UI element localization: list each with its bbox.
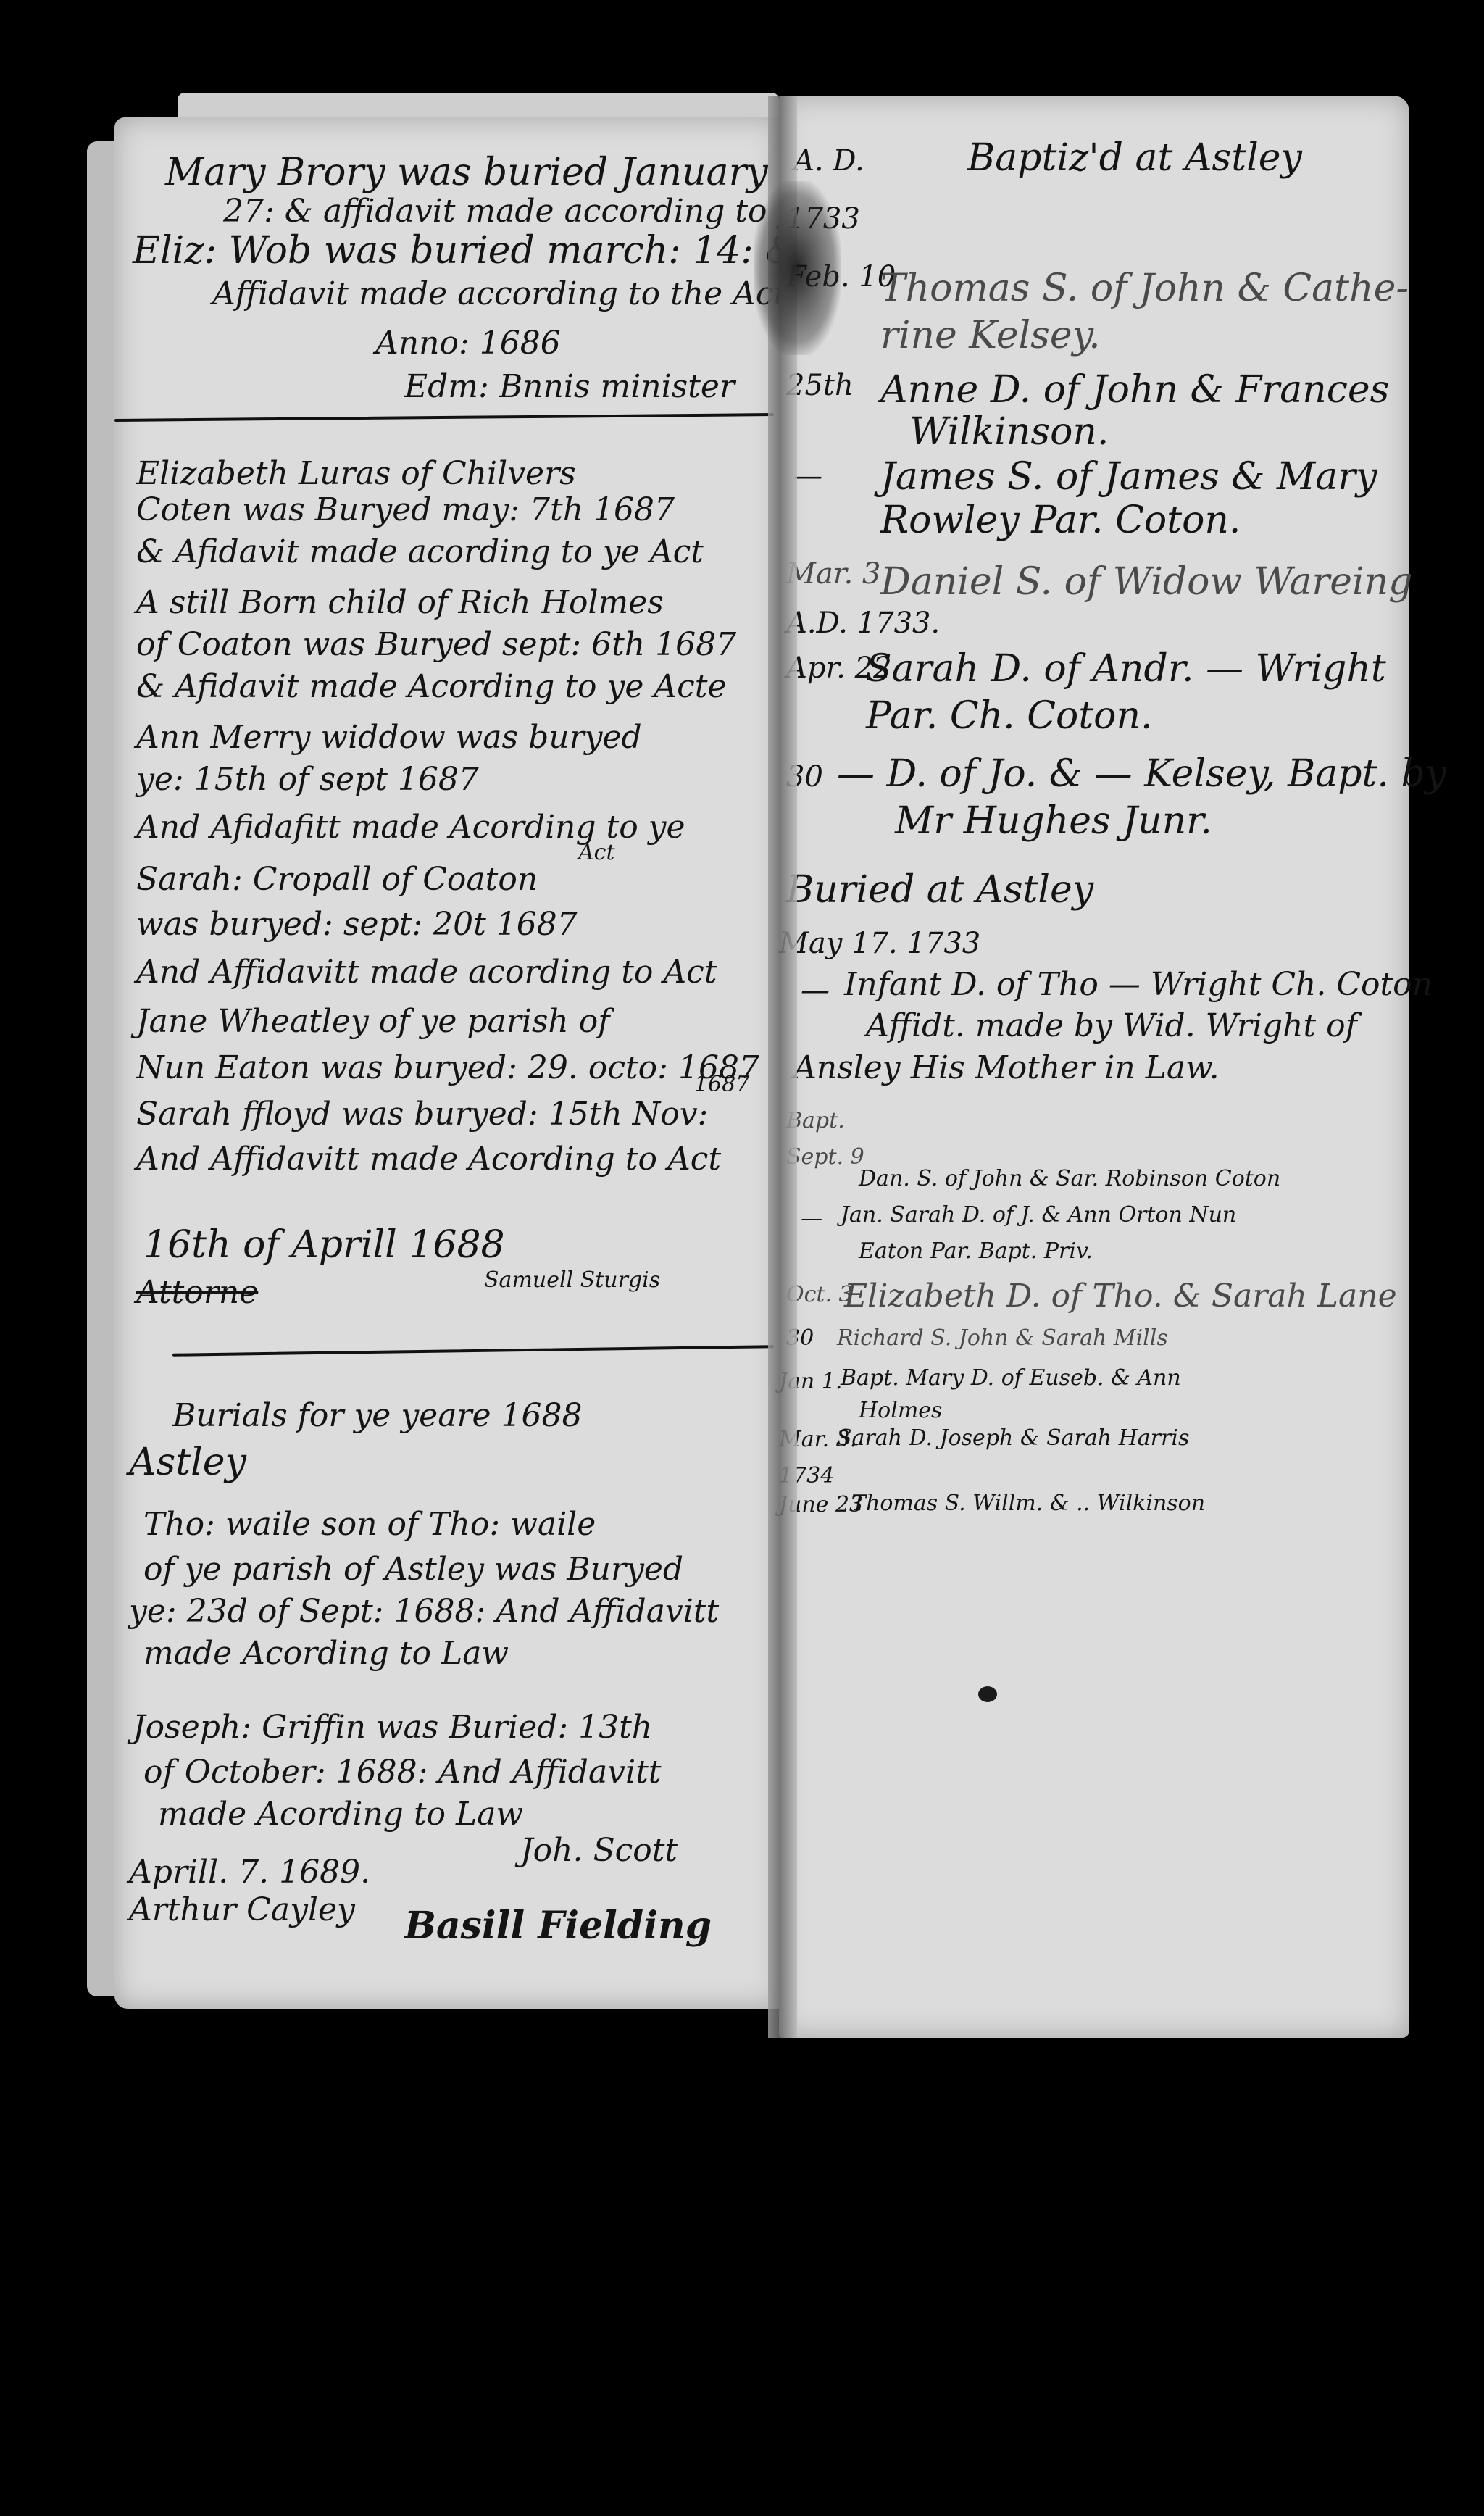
margin-date: Sept. 9 bbox=[786, 1146, 864, 1168]
margin-date: May 17. 1733 bbox=[779, 929, 980, 958]
entry-line: Dan. S. of John & Sar. Robinson Coton bbox=[859, 1168, 1280, 1190]
entry-line: Infant D. of Tho — Wright Ch. Coton bbox=[844, 969, 1433, 1001]
entry-line: And Affidavitt made Acording to Act bbox=[136, 1144, 721, 1175]
entry-line: Thomas S. of John & Cathe- bbox=[880, 270, 1409, 307]
right-page: A. D. Baptiz'd at Astley 1733 Feb. 10 Th… bbox=[779, 96, 1409, 2038]
entry-line: Ansley His Mother in Law. bbox=[793, 1052, 1220, 1084]
margin-date: A.D. 1733. bbox=[786, 609, 940, 638]
entry-line: ye: 23d of Sept: 1688: And Affidavitt bbox=[129, 1596, 719, 1628]
entry-line: Holmes bbox=[859, 1400, 942, 1422]
entry-line: of Coaton was Buryed sept: 6th 1687 bbox=[136, 629, 736, 661]
entry-line: Elizabeth D. of Tho. & Sarah Lane bbox=[844, 1280, 1397, 1312]
margin-date: Mar. 3 bbox=[786, 559, 880, 588]
entry-line: made Acording to Law bbox=[143, 1638, 509, 1670]
margin-date: — bbox=[793, 462, 822, 491]
signature-fielding: Basill Fielding bbox=[404, 1907, 712, 1945]
attorney-signature: Samuell Sturgis bbox=[484, 1270, 660, 1291]
entry-line: Nun Eaton was buryed: 29. octo: 1687 bbox=[136, 1052, 759, 1084]
entry-line: Tho: waile son of Tho: waile bbox=[143, 1509, 596, 1541]
entry-line: — D. of Jo. & — Kelsey, Bapt. by bbox=[837, 755, 1446, 793]
page-title: Baptiz'd at Astley bbox=[967, 139, 1302, 177]
entry-line: Affidavit made according to the Act bbox=[212, 278, 786, 310]
entry-line: & Afidavit made acording to ye Act bbox=[136, 536, 704, 568]
date-line: Aprill. 7. 1689. bbox=[129, 1857, 370, 1888]
entry-line: ye: 15th of sept 1687 bbox=[136, 764, 479, 796]
ink-blot bbox=[978, 1686, 997, 1702]
section-heading: Burials for ye yeare 1688 bbox=[172, 1400, 583, 1432]
entry-line: Jane Wheatley of ye parish of bbox=[136, 1006, 610, 1038]
entry-line: Eliz: Wob was buried march: 14: & bbox=[133, 232, 799, 270]
entry-line: of ye parish of Astley was Buryed bbox=[143, 1554, 683, 1586]
entry-line: Ann Merry widdow was buryed bbox=[136, 722, 642, 754]
entry-line: Affidt. made by Wid. Wright of bbox=[866, 1010, 1357, 1042]
entry-line: Act bbox=[578, 842, 615, 864]
entry-line: Sarah D. Joseph & Sarah Harris bbox=[837, 1428, 1189, 1449]
entry-line: Richard S. John & Sarah Mills bbox=[837, 1328, 1168, 1349]
entry-line: Mr Hughes Junr. bbox=[895, 802, 1212, 840]
entry-line: Rowley Par. Coton. bbox=[880, 501, 1241, 539]
left-page: Mary Brory was buried January 27: & affi… bbox=[114, 117, 781, 2009]
entry-line: Sarah: Cropall of Coaton bbox=[136, 864, 538, 896]
entry-line: & Afidavit made Acording to ye Acte bbox=[136, 671, 727, 703]
entry-line: Coten was Buryed may: 7th 1687 bbox=[136, 494, 675, 526]
margin-date: — bbox=[801, 1208, 822, 1230]
margin-date: — bbox=[801, 976, 830, 1005]
entry-line: Joseph: Griffin was Buried: 13th bbox=[133, 1712, 652, 1744]
entry-line: Jan. Sarah D. of J. & Ann Orton Nun bbox=[841, 1204, 1236, 1226]
entry-line: A still Born child of Rich Holmes bbox=[136, 587, 664, 619]
entry-line: Mary Brory was buried January bbox=[165, 154, 768, 191]
entry-line: Sarah D. of Andr. — Wright bbox=[866, 650, 1386, 688]
entry-line: Daniel S. of Widow Wareing bbox=[880, 563, 1412, 601]
entry-line: made Acording to Law bbox=[158, 1799, 523, 1830]
entry-line: James S. of James & Mary bbox=[880, 458, 1377, 496]
entry-line: was buryed: sept: 20t 1687 bbox=[136, 909, 578, 941]
entry-line: And Afidafitt made Acording to ye bbox=[136, 812, 685, 843]
entry-line: Eaton Par. Bapt. Priv. bbox=[859, 1241, 1093, 1262]
entry-line: Bapt. Mary D. of Euseb. & Ann bbox=[841, 1367, 1181, 1389]
entry-line: Anne D. of John & Frances bbox=[880, 371, 1389, 409]
entry-line: of October: 1688: And Affidavitt bbox=[143, 1757, 661, 1788]
place-name: Astley bbox=[129, 1444, 246, 1481]
entry-line: Par. Ch. Coton. bbox=[866, 697, 1153, 735]
book-spine bbox=[768, 96, 797, 2038]
entry-line: Elizabeth Luras of Chilvers bbox=[136, 458, 576, 490]
section-divider bbox=[172, 1345, 774, 1357]
section-divider bbox=[114, 413, 774, 422]
date-line: 16th of Aprill 1688 bbox=[143, 1226, 505, 1264]
minister-signature: Edm: Bnnis minister bbox=[404, 371, 735, 403]
struck-word: Attorne bbox=[136, 1277, 258, 1309]
entry-line: Sarah ffloyd was buryed: 15th Nov: bbox=[136, 1099, 708, 1130]
margin-label: A. D. bbox=[793, 146, 864, 175]
entry-line: And Affidavitt made acording to Act bbox=[136, 957, 717, 988]
burial-heading: Buried at Astley bbox=[786, 871, 1093, 909]
entry-line: Wilkinson. bbox=[909, 413, 1109, 451]
entry-line: rine Kelsey. bbox=[880, 317, 1101, 354]
entry-line: Thomas S. Willm. & .. Wilkinson bbox=[851, 1493, 1205, 1515]
year-line: Anno: 1686 bbox=[375, 328, 561, 359]
nov-year-superscript: 1687 bbox=[694, 1074, 749, 1096]
signature-scott: Joh. Scott bbox=[520, 1835, 678, 1867]
spine-stain bbox=[754, 181, 841, 355]
scan-background: Mary Brory was buried January 27: & affi… bbox=[0, 0, 1484, 2516]
signature-cayley: Arthur Cayley bbox=[129, 1894, 355, 1926]
